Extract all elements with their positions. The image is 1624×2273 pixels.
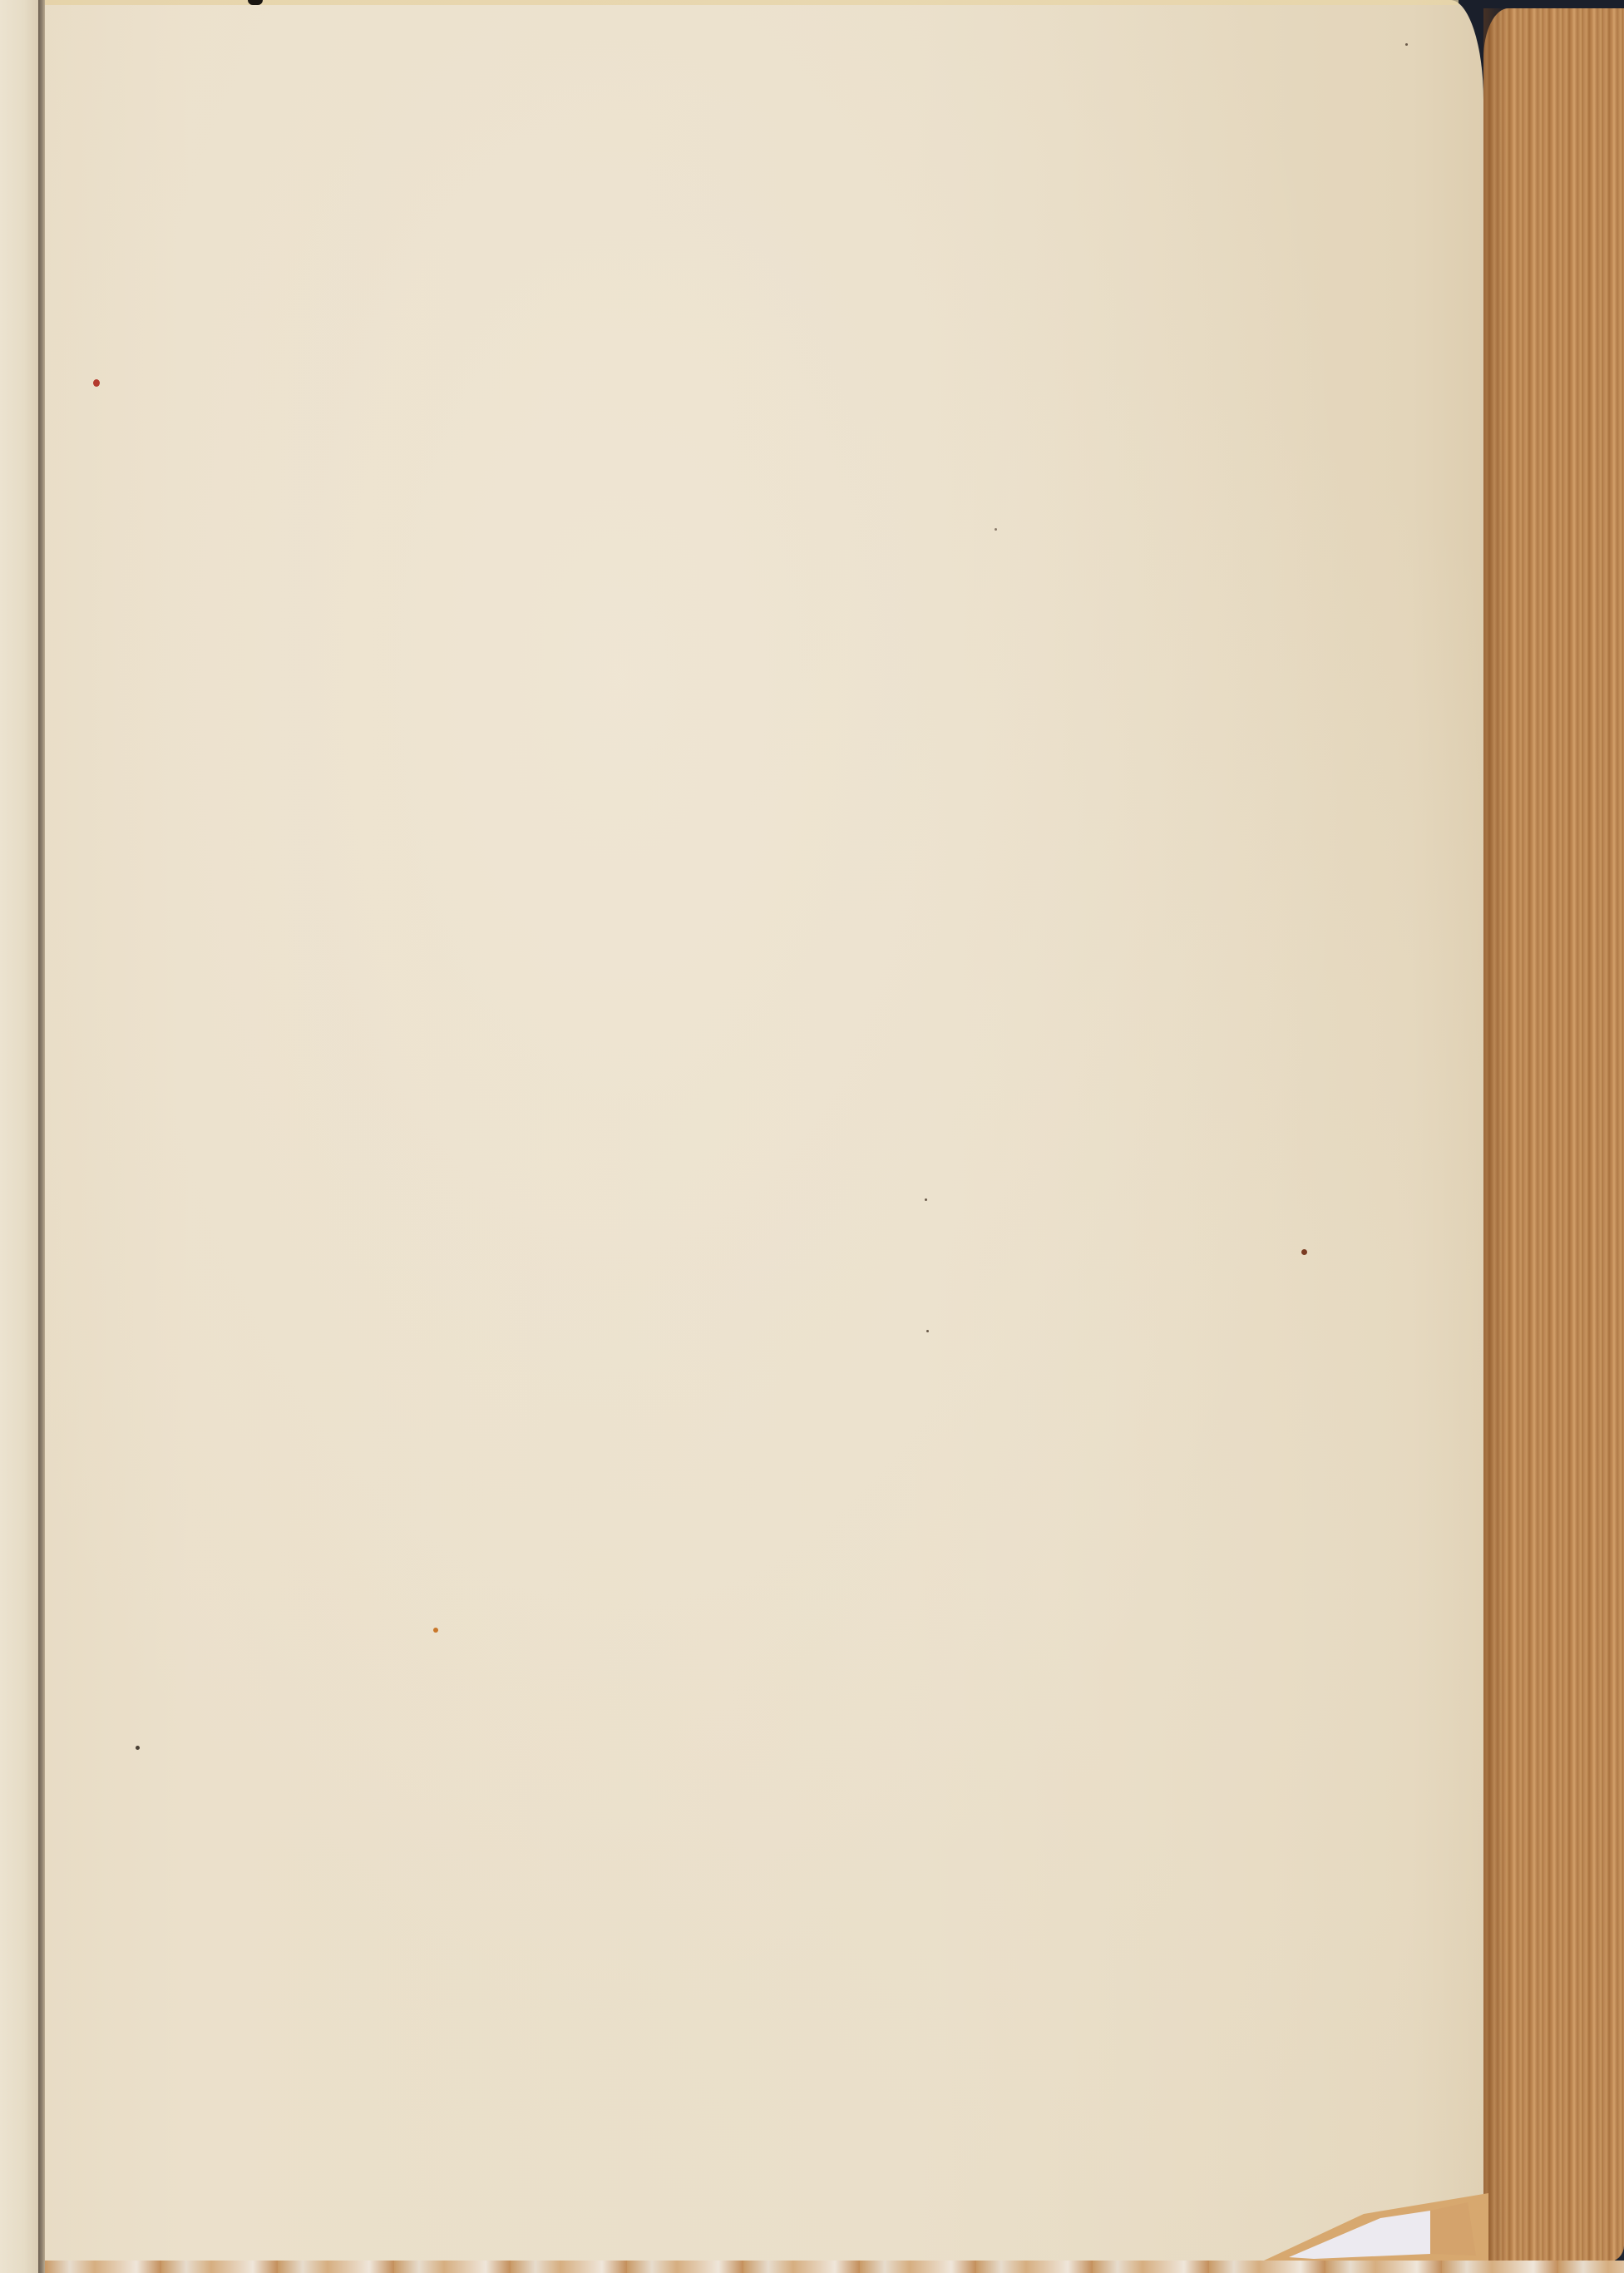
paper-speck [1405, 43, 1408, 46]
book-gutter [38, 0, 45, 2273]
page-edge-shadow [1483, 8, 1508, 2262]
paper-speck [926, 1330, 929, 1332]
paper-speck [995, 528, 997, 531]
paper-speck [433, 1628, 438, 1633]
adjacent-page-edge [0, 0, 40, 2273]
scanned-book-spread [0, 0, 1624, 2273]
blank-page [45, 0, 1483, 2261]
bottom-page-edges [45, 2261, 1624, 2273]
paper-speck [136, 1746, 140, 1750]
paper-speck [1301, 1249, 1307, 1255]
torn-page-corner [1264, 2181, 1488, 2261]
paper-speck [93, 379, 100, 387]
paper-speck [925, 1198, 927, 1201]
